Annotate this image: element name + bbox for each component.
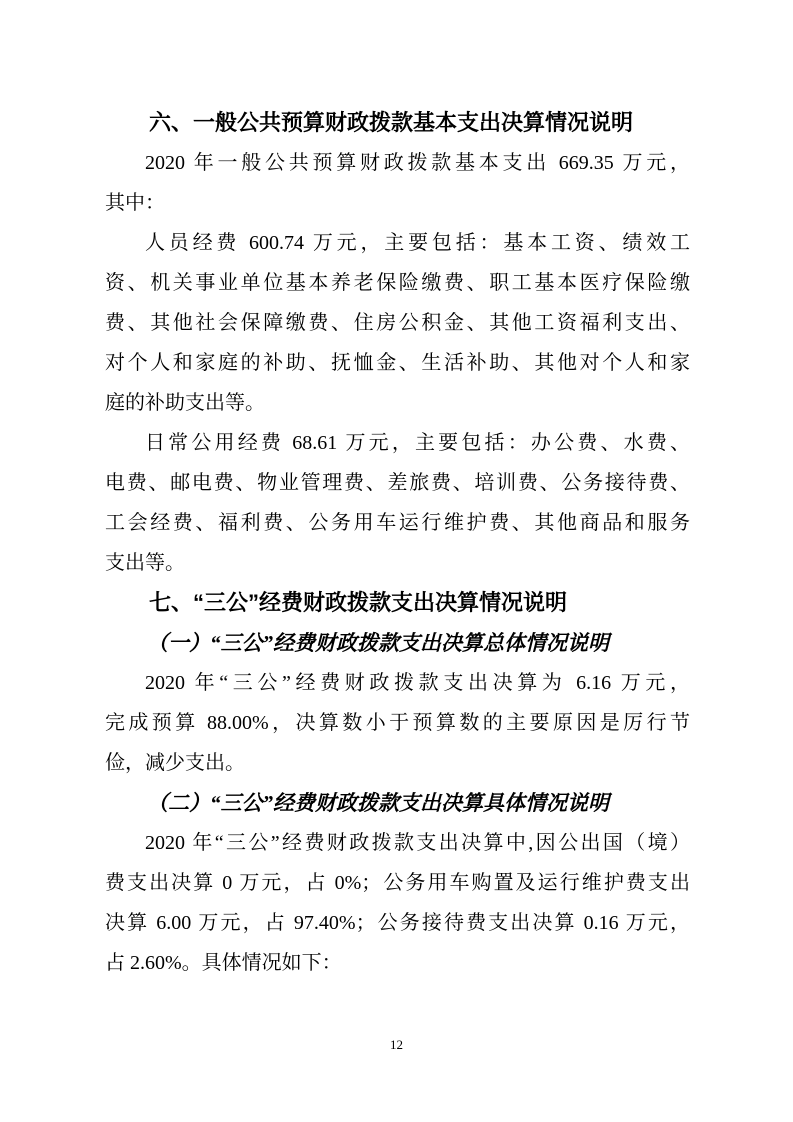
text-line: 2020 年“三公”经费财政拨款支出决算中,因公出国（境） (105, 823, 690, 863)
text-line: 对个人和家庭的补助、抚恤金、生活补助、其他对个人和家 (105, 343, 690, 383)
paragraph-overall-situation: 2020 年“三公”经费财政拨款支出决算为 6.16 万元， 完成预算 88.0… (105, 663, 690, 783)
text-line: 资、机关事业单位基本养老保险缴费、职工基本医疗保险缴 (105, 263, 690, 303)
text-line: 俭，减少支出。 (105, 743, 690, 783)
text-line: 费、其他社会保障缴费、住房公积金、其他工资福利支出、 (105, 303, 690, 343)
text-line: 日常公用经费 68.61 万元，主要包括：办公费、水费、 (105, 423, 690, 463)
text-line: 电费、邮电费、物业管理费、差旅费、培训费、公务接待费、 (105, 463, 690, 503)
document-content: 六、一般公共预算财政拨款基本支出决算情况说明 2020 年一般公共预算财政拨款基… (105, 103, 690, 983)
text-line: 费支出决算 0 万元，占 0%；公务用车购置及运行维护费支出 (105, 863, 690, 903)
paragraph-personnel-funds: 人员经费 600.74 万元，主要包括：基本工资、绩效工 资、机关事业单位基本养… (105, 223, 690, 423)
text-line: 占 2.60%。具体情况如下： (105, 943, 690, 983)
text-line: 2020 年一般公共预算财政拨款基本支出 669.35 万元， (105, 143, 690, 183)
text-line: 2020 年“三公”经费财政拨款支出决算为 6.16 万元， (105, 663, 690, 703)
text-line: 其中： (105, 183, 690, 223)
subsection-heading-overall-situation: （一）“三公”经费财政拨款支出决算总体情况说明 (105, 623, 690, 663)
paragraph-daily-public-funds: 日常公用经费 68.61 万元，主要包括：办公费、水费、 电费、邮电费、物业管理… (105, 423, 690, 583)
text-line: 人员经费 600.74 万元，主要包括：基本工资、绩效工 (105, 223, 690, 263)
paragraph-specific-situation: 2020 年“三公”经费财政拨款支出决算中,因公出国（境） 费支出决算 0 万元… (105, 823, 690, 983)
subsection-heading-specific-situation: （二）“三公”经费财政拨款支出决算具体情况说明 (105, 783, 690, 823)
text-line: 庭的补助支出等。 (105, 383, 690, 423)
section-heading-three-public-funds: 七、“三公”经费财政拨款支出决算情况说明 (105, 583, 690, 623)
text-line: 完成预算 88.00%，决算数小于预算数的主要原因是厉行节 (105, 703, 690, 743)
text-line: 支出等。 (105, 543, 690, 583)
text-line: 决算 6.00 万元，占 97.40%；公务接待费支出决算 0.16 万元， (105, 903, 690, 943)
document-page: 六、一般公共预算财政拨款基本支出决算情况说明 2020 年一般公共预算财政拨款基… (0, 0, 793, 1122)
paragraph-basic-expenditure-intro: 2020 年一般公共预算财政拨款基本支出 669.35 万元， 其中： (105, 143, 690, 223)
text-line: 工会经费、福利费、公务用车运行维护费、其他商品和服务 (105, 503, 690, 543)
page-number: 12 (0, 1036, 793, 1054)
section-heading-basic-expenditure: 六、一般公共预算财政拨款基本支出决算情况说明 (105, 103, 690, 143)
